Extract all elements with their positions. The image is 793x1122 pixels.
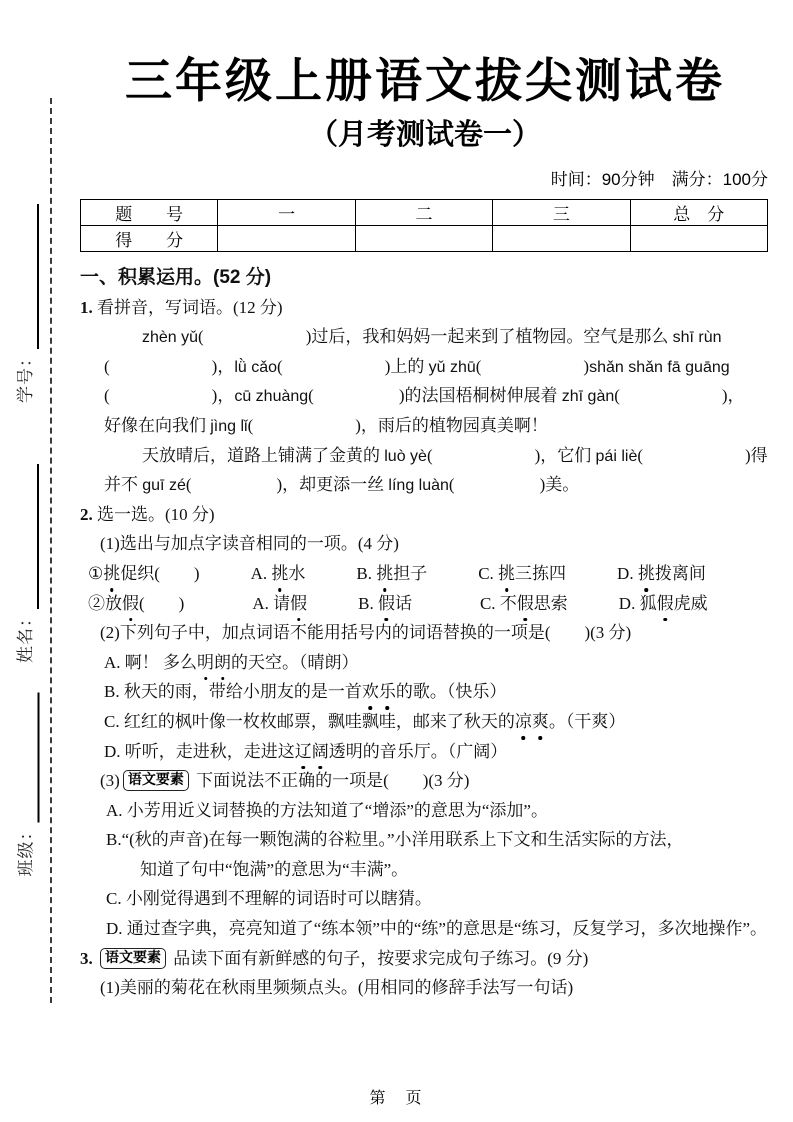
text-line: ( )，cū zhuàng( )的法国梧桐树伸展着 zhī gàn( )， bbox=[80, 381, 770, 411]
text-segment: luò yè bbox=[384, 448, 427, 465]
text-segment: 三拣四 D. bbox=[515, 564, 638, 583]
text-line: (2)下列句子中，加点词语不能用括号内的词语替换的一项是( )(3 分) bbox=[80, 618, 770, 648]
page-subtitle: （月考测试卷一） bbox=[80, 112, 770, 153]
text-line: B.“(秋的声音)在每一颗饱满的谷粒里。”小洋用联系上下文和生活实际的方法， bbox=[80, 825, 770, 855]
text-line: 好像在向我们 jìng lǐ( )，雨后的植物园真美啊！ bbox=[80, 411, 770, 441]
text-line: B. 秋天的雨，带给小朋友的是一首欢乐的歌。（快乐） bbox=[80, 677, 770, 707]
class-write-line bbox=[21, 693, 40, 823]
text-line: ①挑促织( ) A. 挑水 B. 挑担子 C. 挑三拣四 D. 挑拨离间 bbox=[80, 559, 770, 589]
text-segment: líng luàn bbox=[388, 477, 449, 494]
text-segment: (1)美丽的菊花在秋雨里频频点头。(用相同的修辞手法写一句话) bbox=[100, 978, 573, 997]
text-line: (1)美丽的菊花在秋雨里频频点头。(用相同的修辞手法写一句话) bbox=[80, 973, 770, 1003]
text-line: 一、积累运用。(52 分) bbox=[80, 263, 770, 293]
text-segment: 挑 bbox=[638, 559, 655, 589]
text-segment: 好像在向我们 bbox=[104, 416, 210, 435]
text-segment: 2. bbox=[80, 505, 93, 524]
text-segment: 担子 C. bbox=[393, 564, 498, 583]
text-segment: 。（干爽） bbox=[549, 712, 626, 731]
text-segment: 下面说法不正确的一项是( )(3 分) bbox=[192, 771, 470, 790]
text-line: 1. 看拼音，写词语。(12 分) bbox=[80, 293, 770, 323]
text-segment: 的歌。（快乐） bbox=[396, 682, 507, 701]
text-segment: ②放 bbox=[88, 594, 122, 613]
header-cell-total-score: 总 分 bbox=[630, 200, 767, 226]
text-segment: 虎威 bbox=[674, 594, 708, 613]
text-segment: C. 小刚觉得遇到不理解的词语时可以瞎猜。 bbox=[106, 889, 432, 908]
exam-meta: 时间：90分钟 满分：100分 bbox=[80, 165, 768, 190]
student-number-field: 学号： bbox=[13, 191, 39, 403]
text-line: (3)语文要素 下面说法不正确的一项是( )(3 分) bbox=[80, 766, 770, 796]
text-segment: 假 bbox=[290, 589, 307, 619]
text-segment: (1)选出与加点字读音相同的一项。(4 分) bbox=[100, 534, 399, 553]
text-line: 3. 语文要素 品读下面有新鲜感的句子，按要求完成句子练习。(9 分) bbox=[80, 944, 770, 974]
text-segment: 3. bbox=[80, 949, 93, 968]
text-line: 2. 选一选。(10 分) bbox=[80, 500, 770, 530]
question-body: 一、积累运用。(52 分)1. 看拼音，写词语。(12 分)zhèn yǔ( )… bbox=[80, 263, 770, 1003]
exam-paper-page: { "header": { "title": "三年级上册语文拔尖测试卷", "… bbox=[0, 0, 793, 1122]
header-cell-section-two: 二 bbox=[355, 200, 492, 226]
text-line: A. 啊！ 多么明朗的天空。（晴朗） bbox=[80, 648, 770, 678]
text-segment: ① bbox=[88, 564, 103, 583]
text-segment: B. 秋天的雨，带给小朋友的是一首 bbox=[104, 682, 362, 701]
text-line: 并不 guī zé( )，却更添一丝 líng luàn( )美。 bbox=[80, 470, 770, 500]
text-segment: D. 通过查字典，亮亮知道了“练本领”中的“练”的意思是“练习，反复学习，多次地… bbox=[106, 919, 767, 938]
text-segment: B.“(秋的声音)在每一颗饱满的谷粒里。”小洋用联系上下文和生活实际的方法， bbox=[106, 830, 684, 849]
score-table-score-row: 得 分 bbox=[81, 226, 768, 252]
text-segment: guī zé bbox=[142, 477, 186, 494]
text-line: C. 红红的枫叶像一枚枚邮票，飘哇飘哇，邮来了秋天的凉爽。（干爽） bbox=[80, 707, 770, 737]
text-segment: yǔ zhū bbox=[429, 359, 476, 376]
text-segment: 话 C. 不 bbox=[395, 594, 517, 613]
text-segment: lǜ cǎo bbox=[234, 359, 277, 376]
text-segment: 爽 bbox=[532, 707, 549, 737]
text-segment: 朗 bbox=[214, 648, 231, 678]
text-segment: (2)下列句子中，加点词语不能用括号内的词语替换的一项是( )(3 分) bbox=[100, 623, 631, 642]
text-segment: zhī gàn bbox=[562, 388, 614, 405]
score-cell bbox=[218, 226, 355, 252]
text-segment: 透明的音乐厅。（广阔） bbox=[329, 742, 508, 761]
header-cell-question-number: 题 号 bbox=[81, 200, 218, 226]
text-line: ( )，lǜ cǎo( )上的 yǔ zhū( )shǎn shǎn fā gu… bbox=[80, 352, 770, 382]
text-segment: 挑 bbox=[376, 559, 393, 589]
text-line: zhèn yǔ( )过后，我和妈妈一起来到了植物园。空气是那么 shī rùn bbox=[80, 322, 770, 352]
text-segment: 阔 bbox=[312, 737, 329, 767]
text-segment: (3) bbox=[100, 771, 120, 790]
text-segment: shī rùn bbox=[673, 329, 722, 346]
header-cell-section-one: 一 bbox=[218, 200, 355, 226]
text-segment: ( )， bbox=[104, 357, 234, 376]
text-segment bbox=[93, 949, 97, 968]
class-field: 班级： bbox=[14, 680, 40, 877]
text-segment: A. 小芳用近义词替换的方法知道了“增添”的意思为“添加”。 bbox=[106, 801, 548, 820]
text-segment: C. 红红的枫叶像一枚枚邮票，飘哇飘哇，邮来了秋天的 bbox=[104, 712, 515, 731]
text-segment: cū zhuàng bbox=[234, 388, 308, 405]
text-segment: 选一选。(10 分) bbox=[93, 505, 215, 524]
text-segment: B. bbox=[307, 594, 378, 613]
seal-dashed-line bbox=[50, 98, 52, 1003]
text-segment: 挑 bbox=[271, 559, 288, 589]
score-cell bbox=[355, 226, 492, 252]
text-segment: 凉 bbox=[515, 707, 532, 737]
text-segment: pái liè bbox=[596, 448, 638, 465]
text-segment: 天放晴后，道路上铺满了金黄的 bbox=[142, 446, 384, 465]
text-segment: 挑 bbox=[103, 559, 120, 589]
text-segment: 辽 bbox=[295, 737, 312, 767]
text-line: D. 听听，走进秋，走进这辽阔透明的音乐厅。（广阔） bbox=[80, 737, 770, 767]
text-segment: A. 啊！ 多么 bbox=[104, 653, 197, 672]
text-segment: 假 bbox=[378, 589, 395, 619]
text-segment: 知道了句中“饱满”的意思为“丰满”。 bbox=[140, 860, 408, 879]
text-segment: shǎn shǎn fā guāng bbox=[589, 359, 730, 376]
student-number-write-line bbox=[20, 204, 39, 349]
header-cell-section-three: 三 bbox=[493, 200, 630, 226]
text-segment: ( )，雨后的植物园真美啊！ bbox=[248, 416, 548, 435]
score-table: 题 号 一 二 三 总 分 得 分 bbox=[80, 199, 768, 252]
text-segment: 明 bbox=[197, 648, 214, 678]
text-segment: 乐 bbox=[379, 677, 396, 707]
score-label-cell: 得 分 bbox=[81, 226, 218, 252]
language-element-badge: 语文要素 bbox=[123, 770, 189, 791]
text-segment: 的天空。（晴朗） bbox=[231, 653, 359, 672]
student-name-field: 姓名： bbox=[13, 451, 39, 663]
text-segment: ( )， bbox=[104, 386, 234, 405]
text-segment: ( )过后，我和妈妈一起来到了植物园。空气是那么 bbox=[198, 327, 673, 346]
text-segment: 假 bbox=[517, 589, 534, 619]
text-segment: 挑 bbox=[498, 559, 515, 589]
text-line: 知道了句中“饱满”的意思为“丰满”。 bbox=[80, 855, 770, 885]
language-element-badge: 语文要素 bbox=[100, 948, 166, 969]
page-title: 三年级上册语文拔尖测试卷 bbox=[80, 44, 770, 111]
text-line: ②放假( ) A. 请假 B. 假话 C. 不假思索 D. 狐假虎威 bbox=[80, 589, 770, 619]
score-table-header-row: 题 号 一 二 三 总 分 bbox=[81, 200, 768, 226]
text-segment: ( )，它们 bbox=[427, 446, 596, 465]
text-line: (1)选出与加点字读音相同的一项。(4 分) bbox=[80, 529, 770, 559]
text-segment: 一、积累运用。(52 分) bbox=[80, 267, 271, 288]
text-segment: 思索 D. 狐 bbox=[534, 594, 657, 613]
text-segment: jìng lǐ bbox=[210, 418, 247, 435]
text-segment: ( )美。 bbox=[449, 475, 579, 494]
score-cell bbox=[493, 226, 630, 252]
text-segment: ( )得 bbox=[637, 446, 767, 465]
text-line: D. 通过查字典，亮亮知道了“练本领”中的“练”的意思是“练习，反复学习，多次地… bbox=[80, 914, 770, 944]
text-segment: 水 B. bbox=[288, 564, 376, 583]
text-segment: 欢 bbox=[362, 677, 379, 707]
text-segment: D. 听听，走进秋，走进这 bbox=[104, 742, 295, 761]
text-segment: 并不 bbox=[104, 475, 142, 494]
text-segment: ( ) bbox=[476, 357, 589, 376]
text-segment: 促织( ) A. bbox=[120, 564, 271, 583]
text-segment: 1. bbox=[80, 298, 93, 317]
text-line: C. 小刚觉得遇到不理解的词语时可以瞎猜。 bbox=[80, 884, 770, 914]
text-segment: 假 bbox=[122, 589, 139, 619]
student-name-write-line bbox=[20, 464, 39, 609]
text-segment: 假 bbox=[657, 589, 674, 619]
score-cell bbox=[630, 226, 767, 252]
text-segment: ( )，却更添一丝 bbox=[186, 475, 389, 494]
text-segment: ( )， bbox=[614, 386, 744, 405]
text-line: 天放晴后，道路上铺满了金黄的 luò yè( )，它们 pái liè( )得 bbox=[80, 441, 770, 471]
page-footer: 第 页 bbox=[0, 1085, 793, 1108]
student-name-label: 姓名： bbox=[13, 609, 39, 663]
text-segment: 看拼音，写词语。(12 分) bbox=[93, 298, 283, 317]
text-segment: ( ) A. 请 bbox=[139, 594, 290, 613]
text-line: A. 小芳用近义词替换的方法知道了“增添”的意思为“添加”。 bbox=[80, 796, 770, 826]
text-segment: 品读下面有新鲜感的句子，按要求完成句子练习。(9 分) bbox=[169, 949, 588, 968]
student-number-label: 学号： bbox=[13, 349, 39, 403]
text-segment: ( )上的 bbox=[277, 357, 429, 376]
class-label: 班级： bbox=[14, 823, 40, 877]
text-segment: zhèn yǔ bbox=[142, 329, 198, 346]
text-segment: 拨离间 bbox=[655, 564, 706, 583]
text-segment: ( )的法国梧桐树伸展着 bbox=[308, 386, 562, 405]
